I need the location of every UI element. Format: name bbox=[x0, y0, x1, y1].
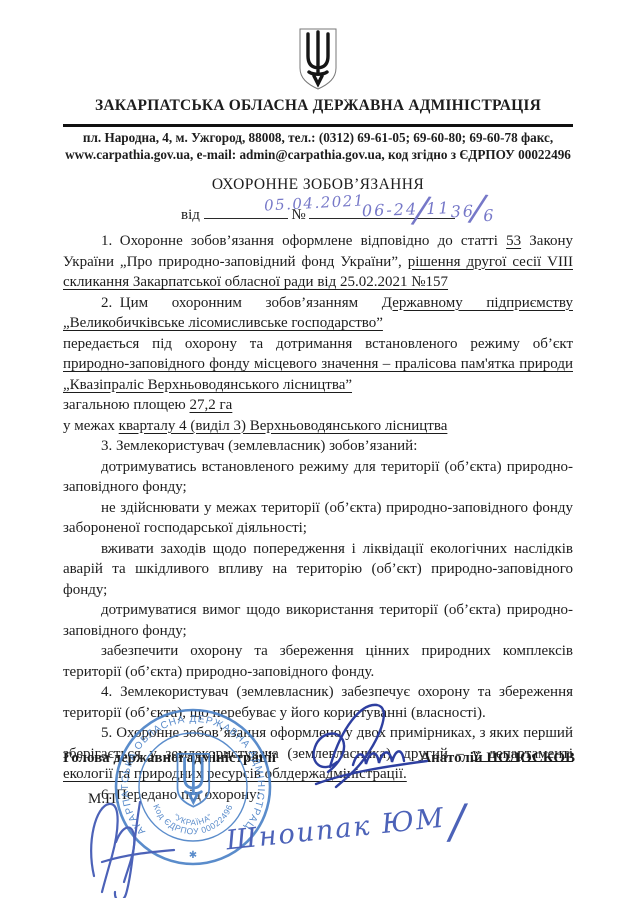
underlined-segment: Державному підприємству bbox=[382, 295, 573, 311]
text-segment: загальною площею bbox=[63, 397, 190, 413]
paragraph-9: забезпечити охорону та збереження цінних… bbox=[63, 641, 573, 682]
handwritten-slash: / bbox=[449, 794, 468, 849]
paragraph-2-line-1: 2. Цим охоронним зобов’язанням Державном… bbox=[63, 293, 573, 314]
address-line-1: пл. Народна, 4, м. Ужгород, 88008, тел.:… bbox=[63, 130, 573, 147]
paragraph-1: 1. Охоронне зобов’язання оформлене відпо… bbox=[63, 231, 573, 293]
text-segment: 1. Охоронне зобов’язання оформлене відпо… bbox=[101, 233, 506, 249]
paragraph-5: дотримуватись встановленого режиму для т… bbox=[63, 457, 573, 498]
underlined-segment: 27,2 га bbox=[190, 397, 233, 413]
paragraph-4: 3. Землекористувач (землевласник) зобов’… bbox=[63, 436, 573, 457]
paragraph-7: вживати заходів щодо попередження і лікв… bbox=[63, 539, 573, 601]
header-divider bbox=[63, 124, 573, 127]
scanned-document-page: ЗАКАРПАТСЬКА ОБЛАСНА ДЕРЖАВНА АДМІНІСТРА… bbox=[0, 0, 635, 900]
handwritten-slash: / bbox=[413, 190, 431, 232]
from-label: від bbox=[181, 207, 200, 223]
text-segment: у межах bbox=[63, 418, 119, 434]
paragraph-6: не здійснювати у межах території (об’єкт… bbox=[63, 498, 573, 539]
coat-of-arms-trident-icon bbox=[296, 28, 340, 90]
paragraph-3: передається під охорону та дотримання вс… bbox=[63, 334, 573, 396]
document-content: ЗАКАРПАТСЬКА ОБЛАСНА ДЕРЖАВНА АДМІНІСТРА… bbox=[63, 0, 573, 805]
signature-bottom-left bbox=[82, 790, 238, 898]
underlined-segment: 53 bbox=[506, 233, 521, 249]
organization-name: ЗАКАРПАТСЬКА ОБЛАСНА ДЕРЖАВНА АДМІНІСТРА… bbox=[63, 97, 573, 115]
text-segment: передається під охорону та дотримання вс… bbox=[63, 336, 573, 352]
handwritten-number-part: 06-24 bbox=[362, 199, 419, 220]
text-segment: 2. Цим охоронним зобов’язанням bbox=[101, 295, 382, 311]
document-title: ОХОРОННЕ ЗОБОВ’ЯЗАННЯ bbox=[63, 176, 573, 194]
paragraph-8: дотримуватися вимог щодо використання те… bbox=[63, 600, 573, 641]
paragraph-2-line-2: „Великобичківське лісомисливське господа… bbox=[63, 313, 573, 334]
address-block: пл. Народна, 4, м. Ужгород, 88008, тел.:… bbox=[63, 130, 573, 163]
handwritten-number: 06-24/1136/6 bbox=[361, 188, 496, 234]
paragraph-location: у межах кварталу 4 (виділ 3) Верхньоводя… bbox=[63, 416, 573, 437]
handwritten-number-part: 6 bbox=[483, 206, 496, 225]
underlined-segment: „Великобичківське лісомисливське господа… bbox=[63, 315, 383, 331]
paragraph-area: загальною площею 27,2 га bbox=[63, 395, 573, 416]
signature-poloskov bbox=[303, 700, 435, 796]
underlined-segment: природно-заповідного фонду місцевого зна… bbox=[63, 356, 573, 393]
address-line-2: www.carpathia.gov.ua, e-mail: admin@carp… bbox=[63, 147, 573, 164]
signer-name: Анатолій ПОЛОСКОВ bbox=[420, 750, 575, 767]
underlined-segment: кварталу 4 (виділ 3) Верхньоводянського … bbox=[119, 418, 448, 434]
